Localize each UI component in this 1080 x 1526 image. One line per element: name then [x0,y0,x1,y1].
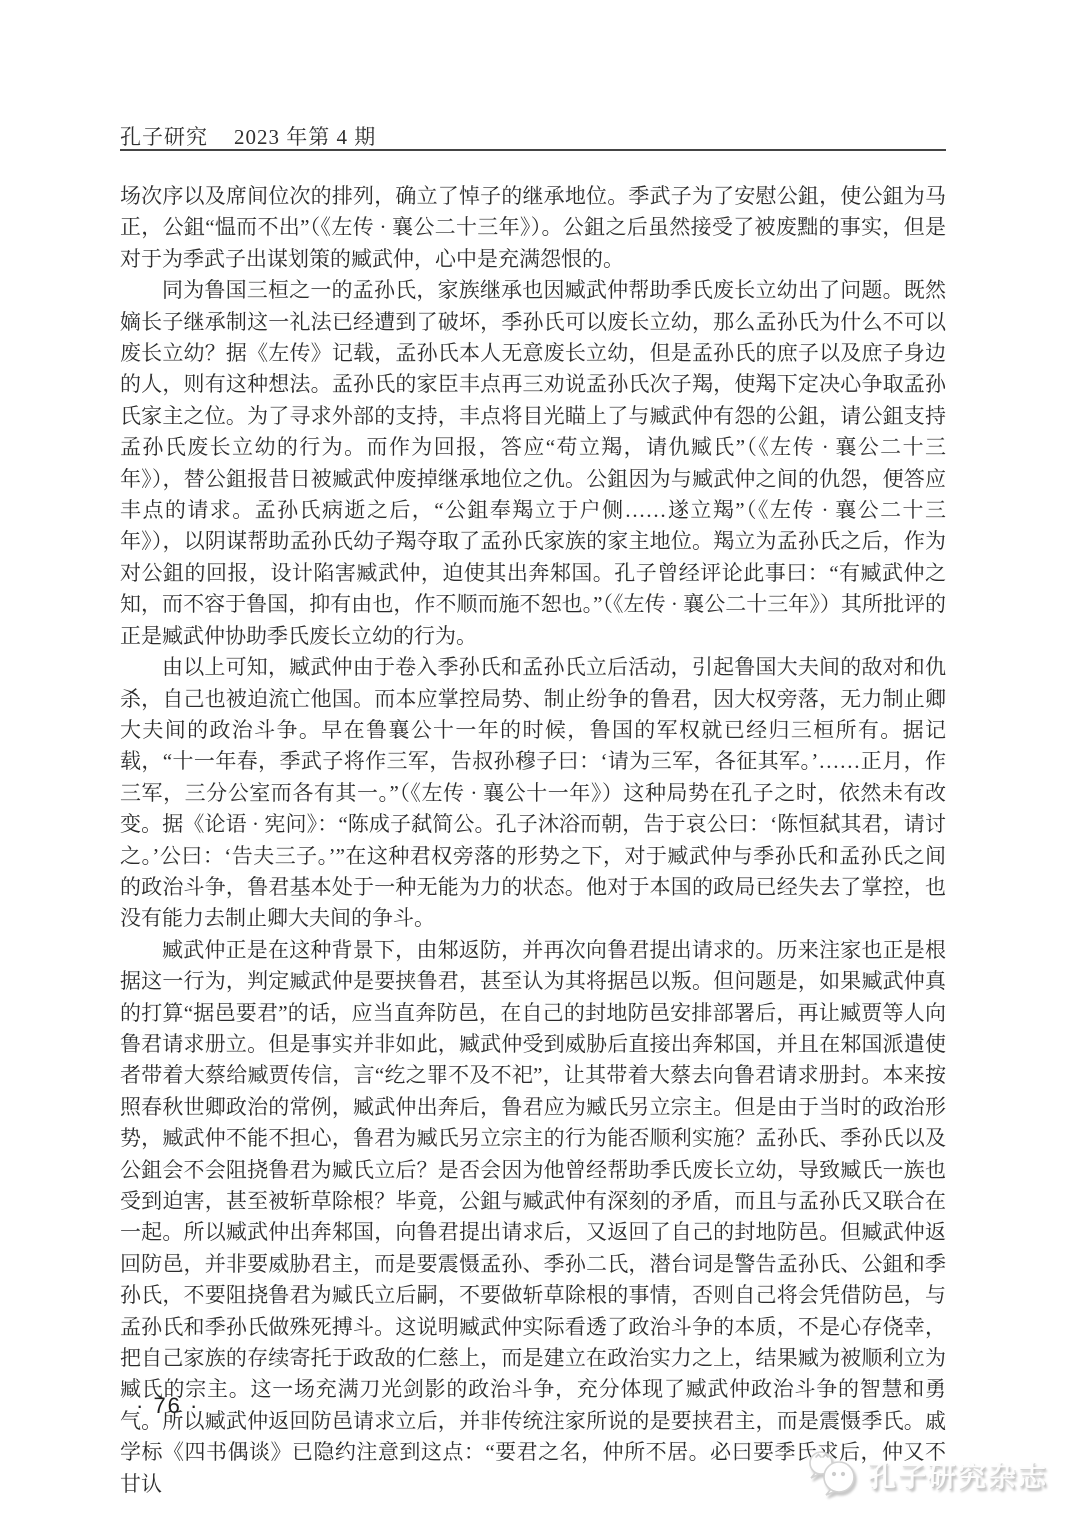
journal-page: 孔子研究2023 年第 4 期 场次序以及席间位次的排列，确立了悼子的继承地位。… [0,0,1080,1526]
watermark-label: 孔子研究杂志 [868,1455,1048,1495]
article-body: 场次序以及席间位次的排列，确立了悼子的继承地位。季武子为了安慰公鉏，使公鉏为马正… [120,181,946,1500]
journal-title: 孔子研究 [120,125,208,149]
issue-label: 2023 年第 4 期 [234,125,376,149]
paragraph: 场次序以及席间位次的排列，确立了悼子的继承地位。季武子为了安慰公鉏，使公鉏为马正… [120,181,946,275]
paragraph: 由以上可知，臧武仲由于卷入季孙氏和孟孙氏立后活动，引起鲁国大夫间的敌对和仇杀，自… [120,652,946,935]
journal-watermark: 孔子研究杂志 [806,1448,1048,1501]
paragraph: 臧武仲正是在这种背景下，由邾返防，并再次向鲁君提出请求的。历来注家也正是根据这一… [120,935,946,1500]
wechat-icon [806,1448,860,1501]
header-rule [120,149,946,151]
paragraph: 同为鲁国三桓之一的孟孙氏，家族继承也因臧武仲帮助季氏废长立幼出了问题。既然嫡长子… [120,275,946,652]
page-number: · 76 · [136,1393,199,1419]
running-head: 孔子研究2023 年第 4 期 [120,121,946,151]
